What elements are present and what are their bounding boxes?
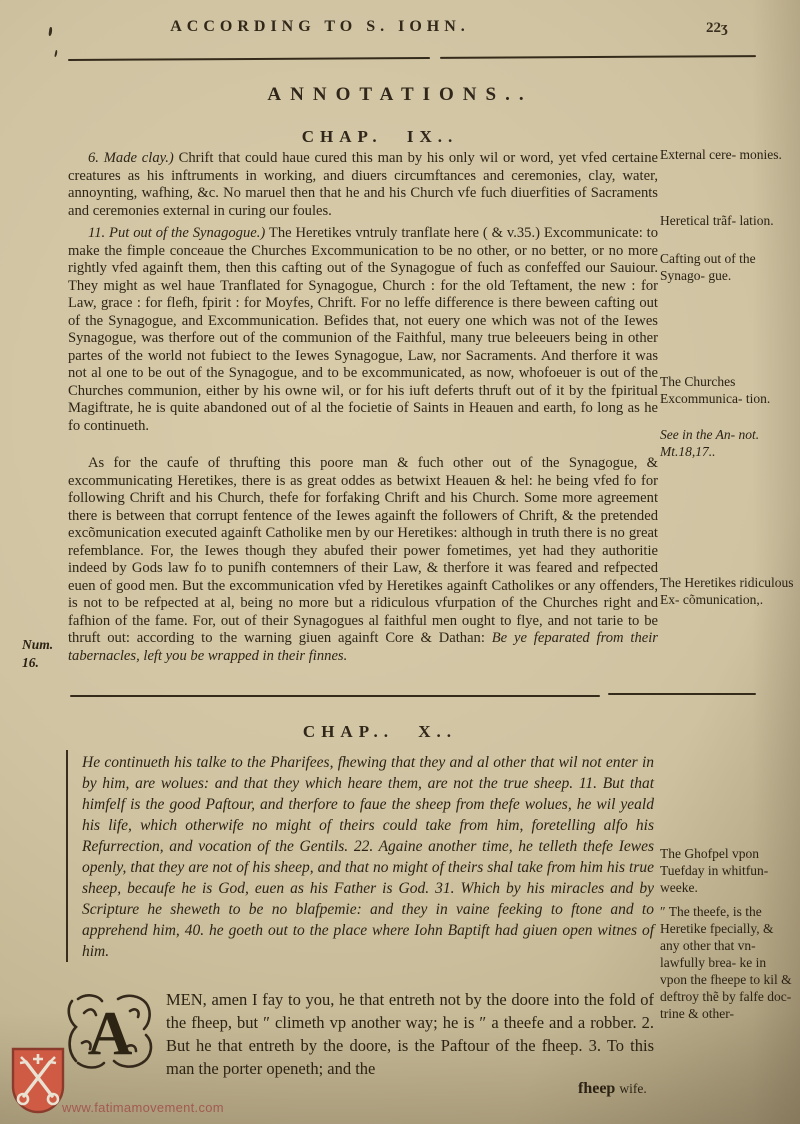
margin-note: External cere- monies. bbox=[660, 146, 796, 163]
margin-note: The Churches Excommunica- tion. bbox=[660, 373, 796, 407]
chapter10-argument: He continueth his talke to the Pharifees… bbox=[82, 752, 654, 962]
svg-text:A: A bbox=[88, 1000, 133, 1068]
section-rule-right bbox=[608, 693, 756, 695]
watermark-crest bbox=[10, 1046, 66, 1121]
annotations-title: ANNOTATIONS.. bbox=[0, 84, 800, 106]
watermark-url: www.fatimamovement.com bbox=[62, 1100, 224, 1115]
paragraph-lead: 11. Put out of the Synagogue.) bbox=[88, 225, 265, 241]
verse-paragraph: A MEN, amen I fay to you, he that entret… bbox=[64, 988, 654, 1080]
annotation-paragraph-2: 11. Put out of the Synagogue.) The Heret… bbox=[68, 225, 658, 435]
annotation-paragraph-1: 6. Made clay.) Chrift that could haue cu… bbox=[68, 150, 658, 220]
ornamental-initial: A bbox=[64, 991, 156, 1071]
crossed-keys-shield-icon bbox=[10, 1046, 66, 1116]
margin-note: Heretical trãf- lation. bbox=[660, 212, 796, 229]
page-number: 22ʒ bbox=[706, 20, 728, 37]
paragraph-lead: 6. Made clay.) bbox=[88, 150, 174, 166]
chapter10-heading: CHAP.. X.. bbox=[0, 722, 760, 742]
section-rule-left bbox=[70, 695, 600, 697]
header-rule-left bbox=[68, 57, 430, 61]
margin-note: See in the An- not. Mt.18,17.. bbox=[660, 426, 796, 460]
paragraph-text: The Heretikes vntruly tranflate here ( &… bbox=[68, 225, 658, 434]
annotation-paragraph-3: As for the caufe of thrufting this poore… bbox=[68, 455, 658, 665]
book-page: ACCORDING TO S. IOHN. 22ʒ ANNOTATIONS.. … bbox=[0, 0, 800, 1124]
running-title: ACCORDING TO S. IOHN. bbox=[0, 18, 640, 36]
paragraph-text: As for the caufe of thrufting this poore… bbox=[68, 455, 658, 646]
catchword: fheep bbox=[578, 1080, 615, 1097]
margin-note: The Heretikes ridiculous Ex- cõmunicatio… bbox=[660, 574, 796, 608]
margin-note-tail: wife. bbox=[619, 1081, 646, 1096]
catchword-row: fheep wife. bbox=[578, 1080, 647, 1098]
margin-note-num16: Num. 16. bbox=[22, 636, 70, 672]
chapter9-heading: CHAP. IX.. bbox=[0, 127, 760, 147]
header-rule-right bbox=[440, 55, 756, 59]
margin-note: Cafting out of the Synago- gue. bbox=[660, 250, 796, 284]
argument-bracket-line bbox=[66, 750, 68, 962]
margin-note: ″ The theefe, is the Heretike fpecially,… bbox=[660, 903, 796, 1022]
ink-speck bbox=[54, 50, 57, 57]
margin-note: The Ghofpel vpon Tuefday in whitfun- wee… bbox=[660, 845, 796, 896]
woodcut-initial-A-icon: A bbox=[64, 991, 156, 1071]
verse-text: MEN, amen I fay to you, he that entreth … bbox=[166, 990, 654, 1078]
